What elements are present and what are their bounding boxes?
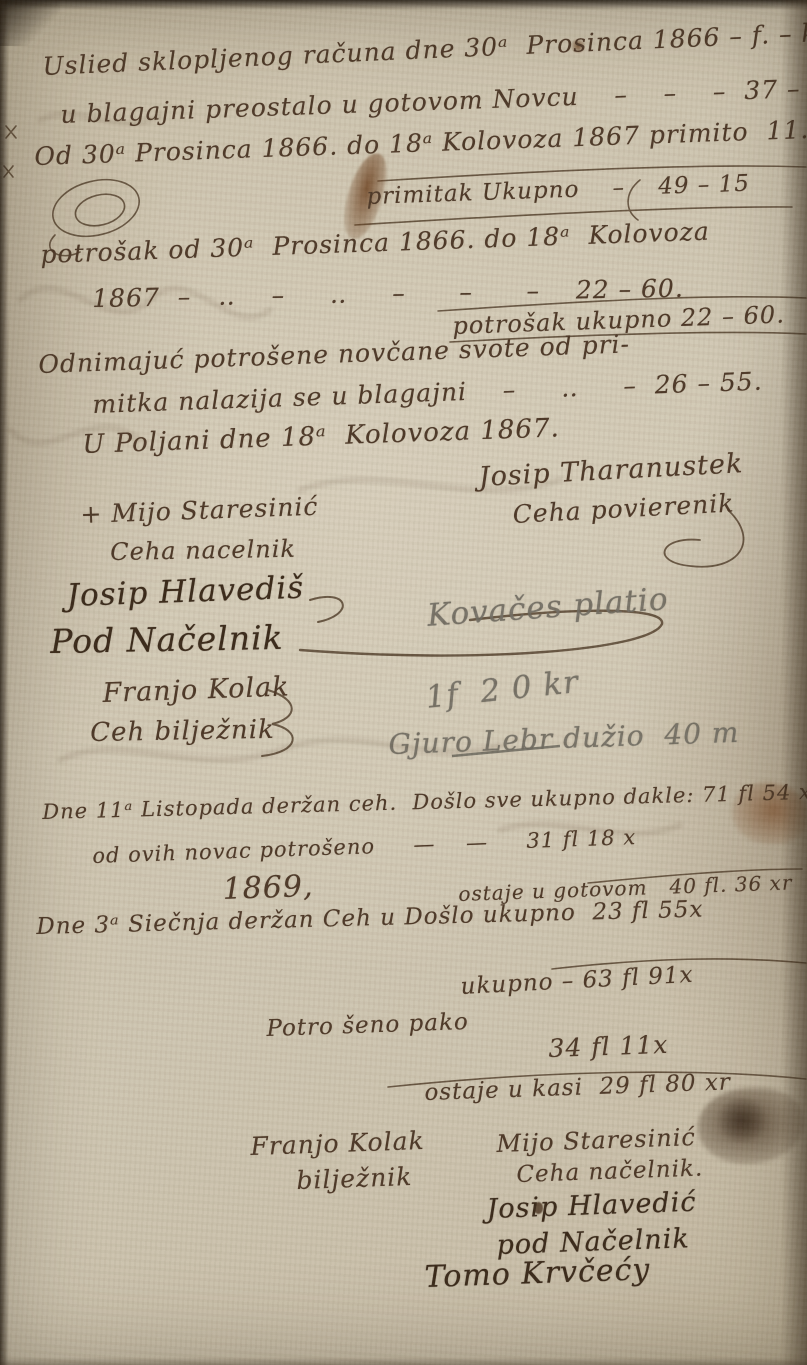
flourish-hlavedis [310,597,343,622]
entry-u-poljani: U Poljani dne 18ᵃ Kolovoza 1867. [82,413,560,460]
pencil-gjuro-40: Gjuro Lebr dužio 40 m [388,716,740,761]
signature-josip-tharanustek: Josip Tharanustek [478,448,744,493]
scan-edge-right [781,0,807,1365]
scan-edge-left [0,0,9,1365]
entry-potroseno-pako: Potro šeno pako [266,1009,469,1042]
scan-edge-top [0,0,807,10]
entry-primitak-ukupno: primitak Ukupno – 49 – 15 [366,171,750,210]
signature-tomo-krvcecy: Tomo Krvčećy [424,1252,651,1295]
entry-potrosak-od: potrošak od 30ᵃ Prosinca 1866. do 18ᵃ Ko… [40,217,710,269]
margin-cross-mark-1 [6,126,16,138]
signature-mijo-staresinic: + Mijo Staresinić [80,492,319,529]
entry-ostaje-u-kasi: ostaje u kasi 29 fl 80 xr [424,1069,731,1106]
entry-34-fl-11: 34 fl 11x [548,1030,669,1063]
signature-ceha-nacelnik: Ceha nacelnik [110,535,296,566]
signature-pod-nacelnik: Pod Načelnik [50,618,284,661]
manuscript-page: Uslied sklopljenog računa dne 30ᵃ Prosin… [0,0,807,1365]
signature2-franjo-kolak: Franjo Kolak [250,1126,425,1161]
entry-ukupno-63: ukupno – 63 fl 91x [460,962,694,1000]
signature2-ceha-nacelnik: Ceha načelnik. [516,1155,704,1188]
pencil-kovaces-platio: Kovačes platio [426,581,670,634]
signature-franjo-kolak: Franjo Kolak [102,671,290,709]
entry-dne-11-listopada: Dne 11ᵃ Listopada deržan ceh. Došlo sve … [42,780,807,824]
entry-od-ovih-novac: od ovih novac potrošeno — — 31 fl 18 x [92,825,637,868]
entry-dne-3-siecnja: Dne 3ᵃ Siečnja deržan Ceh u Došlo ukupno… [36,897,704,940]
signature-ceha-povierenik: Ceha povierenik [512,488,735,529]
signature-josip-hlavedis: Josip Hlavediš [66,570,305,614]
signature2-biljeznik: bilježnik [296,1162,413,1195]
signature-ceh-biljeznik: Ceh bilježnik [90,715,275,748]
signature2-josip-hlavedic: Josip Hlavedić [486,1187,697,1225]
scan-edge-bottom [0,1357,807,1365]
dark-stain-bottom [698,1088,804,1164]
entry-uslied-racuna: Uslied sklopljenog računa dne 30ᵃ Prosin… [42,18,807,81]
margin-cross-mark-2 [4,166,13,177]
entry-odnimajuc: Odnimajuć potrošene novčane svote od pri… [38,329,630,379]
entry-mitka-nalazija: mitka nalazija se u blagajni – ‥ – 26 – … [92,367,763,419]
pencil-1f-20-kr: 1f 2 0 kr [424,664,581,716]
scan-corner-shadow [0,0,60,46]
signature2-mijo-staresinic: Mijo Staresinić [496,1123,696,1158]
dark-stain-core [716,1098,768,1142]
entry-godina-1869: 1869, [222,869,314,907]
